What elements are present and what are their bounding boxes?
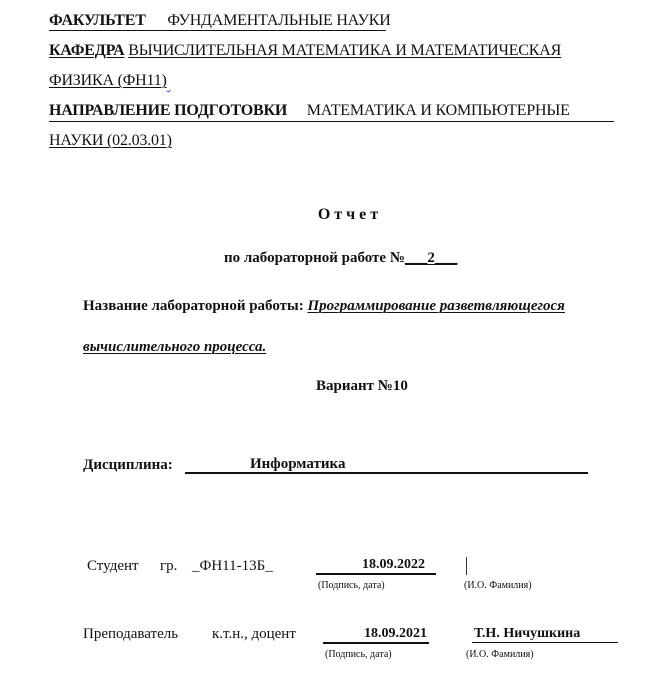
faculty-value: ФУНДАМЕНТАЛЬНЫЕ НАУКИ	[167, 12, 390, 29]
teacher-name: Т.Н. Ничушкина	[474, 626, 580, 642]
report-subtitle: по лабораторной работе №___2___	[224, 250, 457, 267]
lab-name-line-1: Название лабораторной работы: Программир…	[83, 298, 565, 315]
teacher-sign-line	[323, 642, 429, 644]
student-sign-caption: (Подпись, дата)	[318, 580, 385, 591]
discipline-value: Информатика	[250, 456, 345, 473]
department-value-1: ВЫЧИСЛИТЕЛЬНАЯ МАТЕМАТИКА И МАТЕМАТИЧЕСК…	[128, 42, 561, 59]
direction-label: НАПРАВЛЕНИЕ ПОДГОТОВКИ	[49, 102, 287, 119]
department-line-1: КАФЕДРА ВЫЧИСЛИТЕЛЬНАЯ МАТЕМАТИКА И МАТЕ…	[49, 42, 561, 60]
direction-line-1: НАПРАВЛЕНИЕ ПОДГОТОВКИ МАТЕМАТИКА И КОМП…	[49, 102, 570, 120]
lab-name-value-2: вычислительного процесса.	[83, 339, 266, 356]
faculty-line: ФАКУЛЬТЕТ ФУНДАМЕНТАЛЬНЫЕ НАУКИ	[49, 12, 391, 30]
student-group-prefix: гр.	[160, 558, 177, 575]
student-role: Студент	[87, 558, 139, 575]
department-value-2: ФИЗИКА (ФН11)	[49, 72, 167, 89]
teacher-sign-caption: (Подпись, дата)	[325, 649, 392, 660]
teacher-role: Преподаватель	[83, 626, 178, 643]
lab-name-label: Название лабораторной работы:	[83, 298, 304, 314]
teacher-name-line	[472, 642, 618, 643]
student-name-caption: (И.О. Фамилия)	[464, 580, 532, 591]
discipline-label: Дисциплина:	[83, 457, 173, 474]
teacher-sign-caption-text: (Подпись, дата)	[325, 649, 392, 660]
text-cursor	[466, 557, 467, 575]
student-group: _ФН11-13Б_	[192, 558, 273, 575]
direction-value-2: НАУКИ (02.03.01)	[49, 132, 172, 149]
student-date: 18.09.2022	[362, 557, 425, 573]
department-label: КАФЕДРА	[49, 42, 124, 59]
teacher-name-text: Т.Н. Ничушкина	[474, 626, 580, 641]
teacher-date: 18.09.2021	[364, 626, 427, 642]
direction-value-1: МАТЕМАТИКА И КОМПЬЮТЕРНЫЕ	[307, 102, 570, 119]
direction-underline	[49, 121, 614, 122]
faculty-label: ФАКУЛЬТЕТ	[49, 12, 146, 29]
discipline-underline	[185, 472, 588, 474]
lab-name-value-1: Программирование разветвляющегося	[307, 298, 564, 314]
faculty-underline	[49, 30, 386, 31]
teacher-title: к.т.н., доцент	[212, 626, 296, 643]
direction-line-2: НАУКИ (02.03.01)	[49, 132, 172, 150]
department-line-2: ФИЗИКА (ФН11)	[49, 72, 175, 90]
student-sign-line	[316, 573, 436, 575]
teacher-name-caption: (И.О. Фамилия)	[466, 649, 534, 660]
report-title: О т ч е т	[0, 206, 666, 224]
variant: Вариант №10	[316, 378, 408, 395]
lab-number: 2	[427, 250, 435, 266]
subtitle-prefix: по лабораторной работе №	[224, 250, 405, 266]
